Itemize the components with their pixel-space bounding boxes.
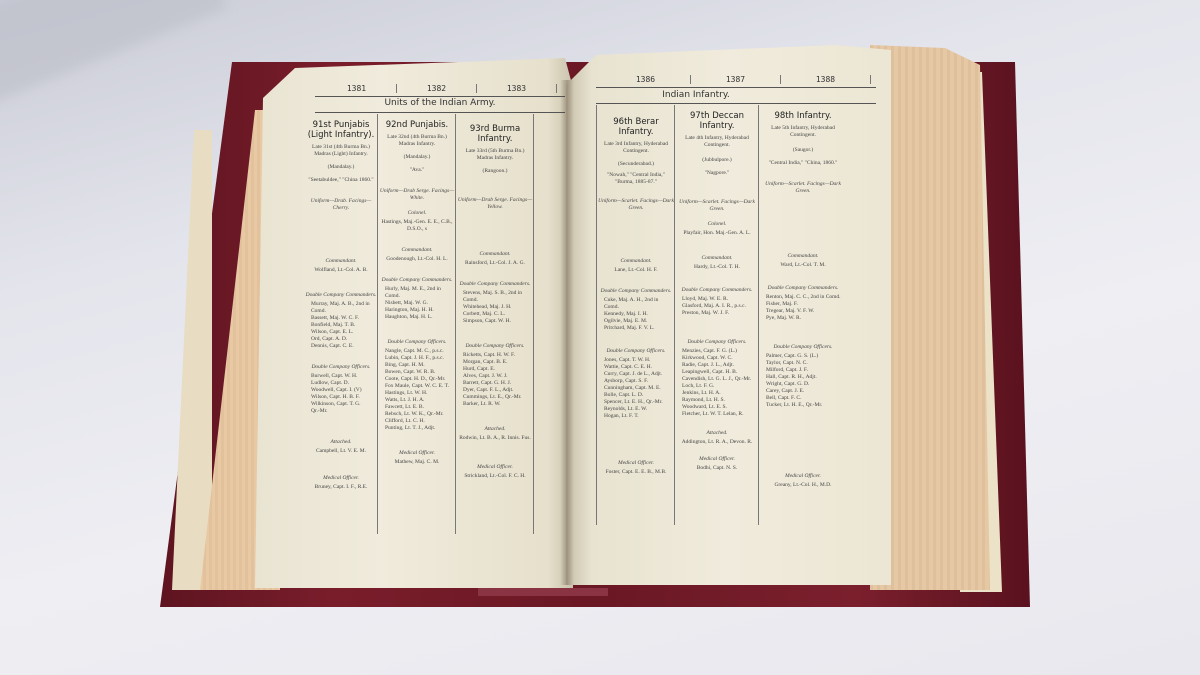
unit-station: (Secunderabad.) xyxy=(598,161,674,168)
medical-name: Strickland, Lt.-Col. F. C. H. xyxy=(457,473,533,480)
dco-name: Ricketts, Capt. H. W. F. xyxy=(457,352,533,359)
medical-name: Mathew, Maj. C. M. xyxy=(379,459,455,466)
running-title: Units of the Indian Army. xyxy=(315,98,565,108)
dco-name: Bolle, Capt. L. D. xyxy=(598,392,674,399)
unit-uniform: Uniform—Drab Serge. Facings—White. xyxy=(379,188,455,202)
dco-name: Cavendish, Lt. G. L. J., Qr.-Mr. xyxy=(676,376,758,383)
medical-label: Medical Officer. xyxy=(457,464,533,471)
dcc-name: Corbett, Maj. C. L. xyxy=(457,311,533,318)
dco-name: Wilkinson, Capt. T. G. xyxy=(305,401,377,408)
page-number-row: 1381 1382 1383 xyxy=(317,84,557,93)
dco-name: Hall, Capt. R. H., Adjt. xyxy=(760,374,846,381)
dco-name: Leapingwell, Capt. H. B. xyxy=(676,369,758,376)
dco-name: Loch, Lt. F. G. xyxy=(676,383,758,390)
dco-name: Watts, Lt. J. H. A. xyxy=(379,397,455,404)
medical-name: Bodhi, Capt. N. S. xyxy=(676,465,758,472)
dco-name: Fawcett, Lt. E. B. xyxy=(379,404,455,411)
page-number-row: 1386 1387 1388 xyxy=(601,75,871,84)
left-endpaper xyxy=(172,130,212,590)
dcc-name: Lloyd, Maj. W. E. R. xyxy=(676,296,758,303)
commandant-label: Commandant. xyxy=(676,255,758,262)
dco-name: Kirkwood, Capt. W. C. xyxy=(676,355,758,362)
dco-name: Carey, Capt. J. E. xyxy=(760,388,846,395)
book-gutter-shadow xyxy=(560,80,574,585)
dco-name: Alves, Capt. J. W. J. xyxy=(457,373,533,380)
dco-name: Lubin, Capt. J. H. F., p.s.c. xyxy=(379,355,455,362)
dco-name: Cunningham, Capt. M. E. xyxy=(598,385,674,392)
unit-motto: "Nowah," "Central India," "Burma, 1885-8… xyxy=(598,172,674,186)
commandant-label: Commandant. xyxy=(598,258,674,265)
dco-name: Qr.-Mr. xyxy=(305,408,377,415)
dcc-name: Simpson, Capt. W. H. xyxy=(457,318,533,325)
dcc-label: Double Company Commanders. xyxy=(305,292,377,299)
commandant-name: Hardy, Lt.-Col. T. H. xyxy=(676,264,758,271)
column-divider xyxy=(377,114,378,534)
header-rule xyxy=(596,103,876,104)
dco-name: Wattie, Capt. C. E. H. xyxy=(598,364,674,371)
dco-label: Double Company Officers. xyxy=(379,339,455,346)
dco-name: Barrett, Capt. G. H. J. xyxy=(457,380,533,387)
unit-station: (Mandalay.) xyxy=(379,154,455,161)
column-divider xyxy=(758,105,759,525)
unit-title: 93rd Burma Infantry. xyxy=(457,124,533,144)
dcc-name: Dennis, Capt. C. E. xyxy=(305,343,377,350)
right-page: 1386 1387 1388 Indian Infantry. 96th Ber… xyxy=(566,45,891,585)
dcc-label: Double Company Commanders. xyxy=(379,277,455,284)
attached-name: Addington, Lt. R. A., Devon. R. xyxy=(676,439,758,446)
dco-name: Jones, Capt. T. W. H. xyxy=(598,357,674,364)
dcc-name: Harington, Maj. H. H. xyxy=(379,307,455,314)
dco-name: Woodward, Lt. E. S. xyxy=(676,404,758,411)
dcc-name: Bonfield, Maj. T. B. xyxy=(305,322,377,329)
unit-station: (Rangoon.) xyxy=(457,168,533,175)
medical-label: Medical Officer. xyxy=(676,456,758,463)
medical-label: Medical Officer. xyxy=(305,475,377,482)
dco-name: Punting, Lt. T. J., Adjt. xyxy=(379,425,455,432)
page-number: 1381 xyxy=(317,84,397,93)
dcc-name: Renton, Maj. C. C., 2nd in Comd. xyxy=(760,294,846,301)
dco-name: Wilson, Capt. H. B. F. xyxy=(305,394,377,401)
medical-label: Medical Officer. xyxy=(598,460,674,467)
dcc-name: Tregear, Maj. V. F. W. xyxy=(760,308,846,315)
running-title: Indian Infantry. xyxy=(596,90,796,100)
dco-name: Jenkins, Lt. H. A. xyxy=(676,390,758,397)
header-rule xyxy=(315,112,565,113)
dco-label: Double Company Officers. xyxy=(305,364,377,371)
attached-label: Attached. xyxy=(676,430,758,437)
medical-name: Greany, Lt.-Col. H., M.D. xyxy=(760,482,846,489)
attached-name: Rodwin, Lt. B. A., R. Innis. Fus. xyxy=(457,435,533,442)
dcc-name: Stevens, Maj. S. B., 2nd in Comd. xyxy=(457,290,533,304)
colonel-label: Colonel. xyxy=(379,210,455,217)
dcc-name: Wilson, Capt. E. L. xyxy=(305,329,377,336)
unit-column-93rd: 93rd Burma Infantry. Late 33rd (5th Burm… xyxy=(457,124,533,480)
column-divider xyxy=(596,105,597,525)
dcc-label: Double Company Commanders. xyxy=(457,281,533,288)
dcc-name: Cuke, Maj. A. H., 2nd in Comd. xyxy=(598,297,674,311)
dco-name: Bell, Capt. F. C. xyxy=(760,395,846,402)
dco-name: Spencer, Lt. E. H., Qr.-Mr. xyxy=(598,399,674,406)
attached-label: Attached. xyxy=(457,426,533,433)
dcc-name: Ord, Capt. A. D. xyxy=(305,336,377,343)
commandant-label: Commandant. xyxy=(457,251,533,258)
unit-formerly: Late 32nd (4th Burma Bn.) Madras Infantr… xyxy=(379,134,455,148)
dcc-name: Whitehead, Maj. J. H. xyxy=(457,304,533,311)
dco-label: Double Company Officers. xyxy=(598,348,674,355)
header-rule xyxy=(315,96,565,97)
unit-formerly: Late 4th Infantry, Hyderabad Contingent. xyxy=(676,135,758,149)
commandant-label: Commandant. xyxy=(305,258,377,265)
unit-motto: "Ava." xyxy=(379,167,455,174)
colonel-name: Hastings, Maj.-Gen. E. E., C.B., D.S.O.,… xyxy=(379,219,455,233)
dco-name: Coote, Capt. H. D., Qr.-Mr. xyxy=(379,376,455,383)
dcc-name: Pritchard, Maj. F. V. L. xyxy=(598,325,674,332)
unit-motto: "Central India," "China, 1860." xyxy=(760,160,846,167)
unit-formerly: Late 5th Infantry, Hyderabad Contingent. xyxy=(760,125,846,139)
dcc-label: Double Company Commanders. xyxy=(676,287,758,294)
dco-name: Taylor, Capt. N. C. xyxy=(760,360,846,367)
dcc-name: Haughton, Maj. H. L. xyxy=(379,314,455,321)
unit-column-92nd: 92nd Punjabis. Late 32nd (4th Burma Bn.)… xyxy=(379,120,455,466)
dco-name: Nangle, Capt. M. C., p.s.c. xyxy=(379,348,455,355)
dco-name: Morgan, Capt. B. E. xyxy=(457,359,533,366)
unit-title: 97th Deccan Infantry. xyxy=(676,111,758,131)
unit-uniform: Uniform—Drab. Facings—Cherry. xyxy=(305,198,377,212)
dco-name: Hastings, Lt. W. H. xyxy=(379,390,455,397)
page-number: 1383 xyxy=(477,84,557,93)
left-page: 1381 1382 1383 Units of the Indian Army.… xyxy=(255,58,573,588)
dco-name: Bowen, Capt. W. R. B. xyxy=(379,369,455,376)
column-divider xyxy=(533,114,534,534)
dco-name: Ludlow, Capt. D. xyxy=(305,380,377,387)
unit-column-96th: 96th Berar Infantry. Late 3rd Infantry, … xyxy=(598,117,674,476)
dco-name: Raymond, Lt. H. S. xyxy=(676,397,758,404)
dcc-name: Pye, Maj. W. R. xyxy=(760,315,846,322)
unit-uniform: Uniform—Scarlet. Facings—Dark Green. xyxy=(598,198,674,212)
dco-name: Palmer, Capt. G. S. (L.) xyxy=(760,353,846,360)
page-number: 1387 xyxy=(691,75,781,84)
unit-formerly: Late 33rd (5th Burma Bn.) Madras Infantr… xyxy=(457,148,533,162)
commandant-name: Lane, Lt.-Col. H. F. xyxy=(598,267,674,274)
unit-motto: "Nagpore." xyxy=(676,170,758,177)
dco-name: Woodwell, Capt. I. (V) xyxy=(305,387,377,394)
unit-station: (Jubbulpore.) xyxy=(676,157,758,164)
dco-name: Fletcher, Lt. W. T. Lelan, R. xyxy=(676,411,758,418)
dco-name: Burwell, Capt. W. H. xyxy=(305,373,377,380)
dco-name: Wright, Capt. G. D. xyxy=(760,381,846,388)
dco-name: Dyer, Capt. F. L., Adjt. xyxy=(457,387,533,394)
commandant-label: Commandant. xyxy=(379,247,455,254)
dco-name: Fox Maule, Capt. W. C. E. T. xyxy=(379,383,455,390)
colonel-name: Playfair, Hon. Maj.-Gen. A. L. xyxy=(676,230,758,237)
unit-title: 96th Berar Infantry. xyxy=(598,117,674,137)
medical-name: Bruney, Capt. I. F., R.E. xyxy=(305,484,377,491)
dco-label: Double Company Officers. xyxy=(760,344,846,351)
spine-headband xyxy=(478,588,608,596)
commandant-name: Wolfland, Lt.-Col. A. B. xyxy=(305,267,377,274)
colonel-label: Colonel. xyxy=(676,221,758,228)
table-shadow xyxy=(0,0,227,105)
dco-name: Milford, Capt. J. F. xyxy=(760,367,846,374)
medical-name: Foster, Capt. E. E. B., M.B. xyxy=(598,469,674,476)
medical-label: Medical Officer. xyxy=(379,450,455,457)
unit-station: (Saugor.) xyxy=(760,147,846,154)
dco-name: Bing, Capt. H. M. xyxy=(379,362,455,369)
dcc-name: Fisher, Maj. F. xyxy=(760,301,846,308)
commandant-name: Rainsford, Lt.-Col. J. A. G. xyxy=(457,260,533,267)
unit-title: 92nd Punjabis. xyxy=(379,120,455,130)
dco-name: Menzies, Capt. F. G. (L.) xyxy=(676,348,758,355)
dco-name: Hurd, Capt. E. xyxy=(457,366,533,373)
unit-title: 91st Punjabis (Light Infantry). xyxy=(305,120,377,140)
unit-station: (Mandalay.) xyxy=(305,164,377,171)
commandant-name: Goodenough, Lt.-Col. H. L. xyxy=(379,256,455,263)
dcc-label: Double Company Commanders. xyxy=(598,288,674,295)
unit-column-91st: 91st Punjabis (Light Infantry). Late 31s… xyxy=(305,120,377,491)
column-divider xyxy=(455,114,456,534)
medical-label: Medical Officer. xyxy=(760,473,846,480)
dco-name: Tucker, Lt. H. E., Qr.-Mr. xyxy=(760,402,846,409)
unit-column-98th: 98th Infantry. Late 5th Infantry, Hydera… xyxy=(760,111,846,489)
dcc-name: Kennedy, Maj. I. H. xyxy=(598,311,674,318)
attached-label: Attached. xyxy=(305,439,377,446)
dco-name: Aysborp, Capt. S. F. xyxy=(598,378,674,385)
dco-name: Radie, Capt. J. L., Adjt. xyxy=(676,362,758,369)
dcc-name: Ogilvie, Maj. E. M. xyxy=(598,318,674,325)
dcc-name: Bassett, Maj. W. C. F. xyxy=(305,315,377,322)
unit-uniform: Uniform—Scarlet. Facings—Dark Green. xyxy=(760,181,846,195)
unit-uniform: Uniform—Drab Serge. Facings—Yellow. xyxy=(457,197,533,211)
dco-label: Double Company Officers. xyxy=(676,339,758,346)
unit-formerly: Late 3rd Infantry, Hyderabad Contingent. xyxy=(598,141,674,155)
unit-uniform: Uniform—Scarlet. Facings—Dark Green. xyxy=(676,199,758,213)
commandant-label: Commandant. xyxy=(760,253,846,260)
commandant-name: Ward, Lt.-Col. T. M. xyxy=(760,262,846,269)
unit-formerly: Late 31st (4th Burma Bn.) Madras (Light)… xyxy=(305,144,377,158)
dcc-name: Hurly, Maj. M. E., 2nd in Comd. xyxy=(379,286,455,300)
dcc-name: Preston, Maj. W. J. F. xyxy=(676,310,758,317)
attached-name: Campbell, Lt. V. E. M. xyxy=(305,448,377,455)
unit-motto: "Seetabuldee," "China 1860." xyxy=(305,177,377,184)
page-number: 1382 xyxy=(397,84,477,93)
page-number: 1386 xyxy=(601,75,691,84)
dco-name: Cummings, Lt. E., Qr.-Mr. xyxy=(457,394,533,401)
header-rule xyxy=(596,87,876,88)
dco-name: Reynolds, Lt. E. W. xyxy=(598,406,674,413)
dcc-name: Glasford, Maj. A. I. R., p.s.c. xyxy=(676,303,758,310)
dco-name: Barker, Lt. R. W. xyxy=(457,401,533,408)
page-number: 1388 xyxy=(781,75,871,84)
dcc-label: Double Company Commanders. xyxy=(760,285,846,292)
dcc-name: Nisbett, Maj. W. G. xyxy=(379,300,455,307)
dco-name: Hogan, Lt. F. T. xyxy=(598,413,674,420)
dco-label: Double Company Officers. xyxy=(457,343,533,350)
column-divider xyxy=(674,105,675,525)
unit-title: 98th Infantry. xyxy=(760,111,846,121)
dco-name: Curry, Capt. J. de L., Adjt. xyxy=(598,371,674,378)
dco-name: Clifford, Lt. C. H. xyxy=(379,418,455,425)
unit-column-97th: 97th Deccan Infantry. Late 4th Infantry,… xyxy=(676,111,758,472)
dcc-name: Murray, Maj. A. B., 2nd in Comd. xyxy=(305,301,377,315)
dco-name: Rebsch, Lt. W. K., Qr.-Mr. xyxy=(379,411,455,418)
